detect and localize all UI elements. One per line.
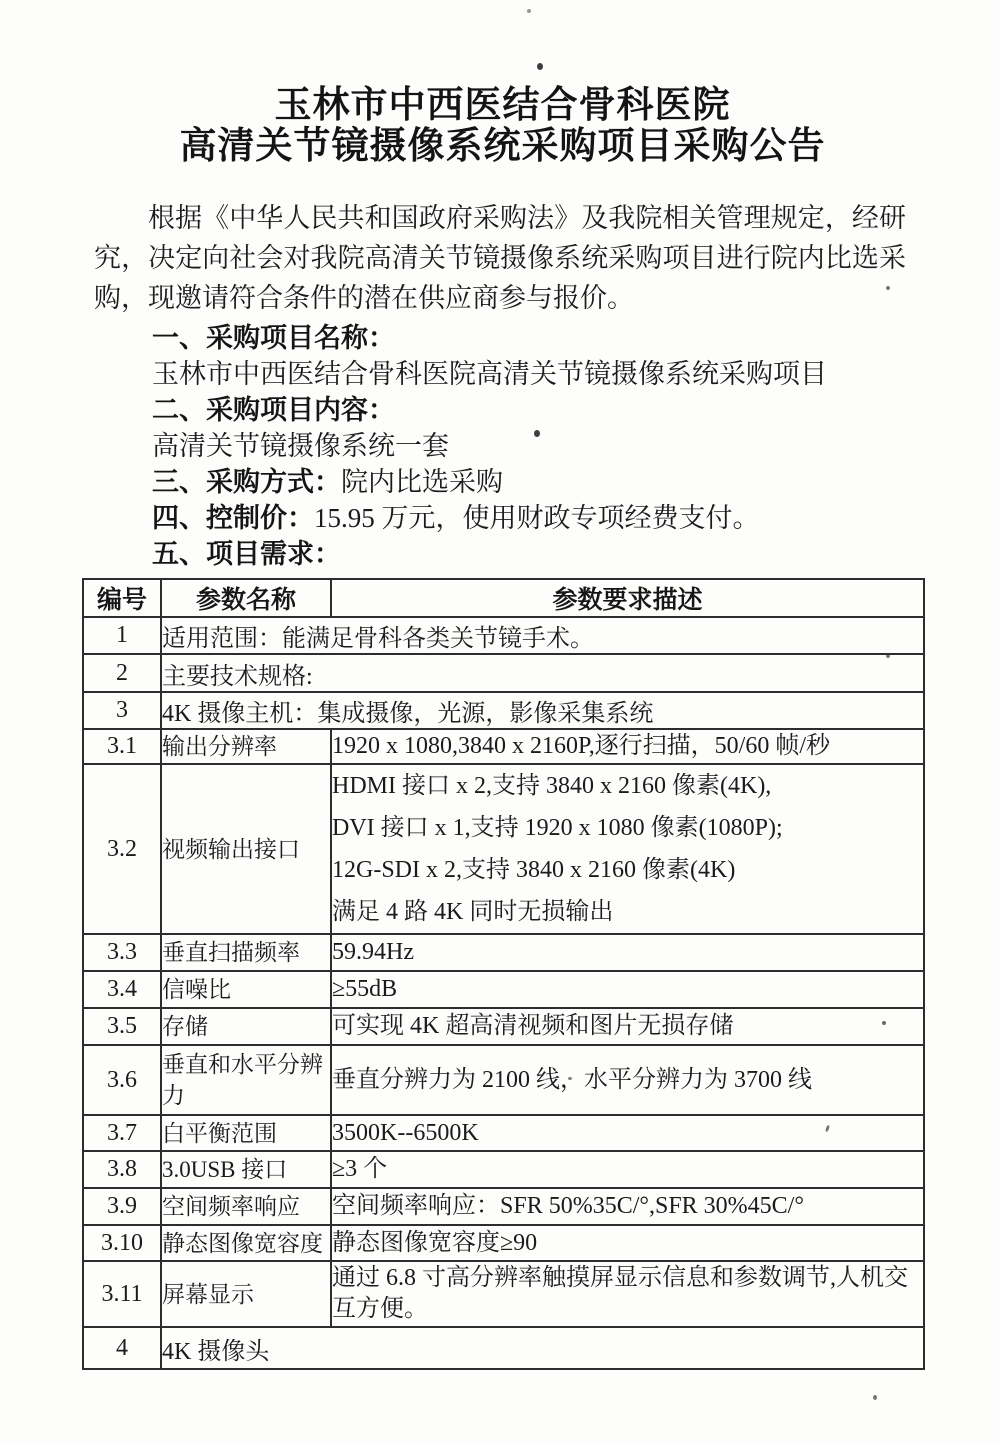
scan-artifact-dot <box>537 63 543 70</box>
row-param-desc-cell: 3500K--6500K <box>331 1115 924 1151</box>
row-number-cell: 3.7 <box>83 1115 161 1151</box>
document-page: 玉林市中西医结合骨科医院 高清关节镜摄像系统采购项目采购公告 根据《中华人民共和… <box>0 0 1000 1443</box>
table-row: 3.5 存储 可实现 4K 超高清视频和图片无损存储 <box>83 1008 924 1045</box>
row-param-name-cell: 输出分辨率 <box>161 729 331 764</box>
table-row: 3 4K 摄像主机：集成摄像，光源，影像采集系统 <box>83 692 924 729</box>
header-cell-param-desc: 参数要求描述 <box>331 579 924 617</box>
row-param-desc-cell: ≥3 个 <box>331 1151 924 1188</box>
table-row: 3.1 输出分辨率 1920 x 1080,3840 x 2160P,逐行扫描，… <box>83 729 924 764</box>
outline-item-4: 四、控制价：15.95 万元，使用财政专项经费支付。 <box>94 500 906 536</box>
outline-text: 玉林市中西医结合骨科医院高清关节镜摄像系统采购项目 <box>152 359 827 389</box>
page-title: 玉林市中西医结合骨科医院 高清关节镜摄像系统采购项目采购公告 <box>95 84 910 166</box>
desc-line: 12G-SDI x 2,支持 3840 x 2160 像素(4K) <box>332 849 923 891</box>
row-merged-cell: 4K 摄像主机：集成摄像，光源，影像采集系统 <box>161 692 924 729</box>
outline-sections: 一、采购项目名称： 玉林市中西医结合骨科医院高清关节镜摄像系统采购项目 二、采购… <box>94 320 906 572</box>
requirements-table: 编号 参数名称 参数要求描述 1 适用范围：能满足骨科各类关节镜手术。 2 主要… <box>82 578 925 1370</box>
row-number-cell: 3.4 <box>83 971 161 1008</box>
row-number-cell: 3.3 <box>83 934 161 971</box>
table-row: 3.10 静态图像宽容度 静态图像宽容度≥90 <box>83 1225 924 1261</box>
page-title-line1: 玉林市中西医结合骨科医院 <box>95 84 910 125</box>
outline-item-3: 三、采购方式：院内比选采购 <box>94 464 906 500</box>
table-row: 3.2 视频输出接口 HDMI 接口 x 2,支持 3840 x 2160 像素… <box>83 764 924 934</box>
table-header-row: 编号 参数名称 参数要求描述 <box>83 579 924 617</box>
row-param-name-cell: 垂直扫描频率 <box>161 934 331 971</box>
outline-item-2-value: 高清关节镜摄像系统一套 <box>94 428 906 464</box>
row-number-cell: 3.5 <box>83 1008 161 1045</box>
outline-heading: 五、项目需求： <box>152 539 341 569</box>
row-number-cell: 3.2 <box>83 764 161 934</box>
outline-text: 院内比选采购 <box>341 467 503 497</box>
row-merged-cell: 主要技术规格: <box>161 654 924 692</box>
outline-item-2-heading: 二、采购项目内容： <box>94 392 906 428</box>
row-merged-cell: 4K 摄像头 <box>161 1327 924 1369</box>
header-cell-number: 编号 <box>83 579 161 617</box>
outline-heading: 四、控制价： <box>152 503 314 533</box>
table-row: 4 4K 摄像头 <box>83 1327 924 1369</box>
outline-item-5: 五、项目需求： <box>94 536 906 572</box>
row-param-desc-cell: ≥55dB <box>331 971 924 1008</box>
outline-item-1-value: 玉林市中西医结合骨科医院高清关节镜摄像系统采购项目 <box>94 356 906 392</box>
outline-item-1-heading: 一、采购项目名称： <box>94 320 906 356</box>
page-title-line2: 高清关节镜摄像系统采购项目采购公告 <box>95 125 910 166</box>
row-param-name-cell: 白平衡范围 <box>161 1115 331 1151</box>
desc-line: DVI 接口 x 1,支持 1920 x 1080 像素(1080P); <box>332 807 923 849</box>
row-merged-cell: 适用范围：能满足骨科各类关节镜手术。 <box>161 617 924 654</box>
table-row: 3.6 垂直和水平分辨力 垂直分辨力为 2100 线，水平分辨力为 3700 线 <box>83 1045 924 1115</box>
row-number-cell: 3.11 <box>83 1261 161 1327</box>
outline-heading: 一、采购项目名称： <box>152 323 395 353</box>
outline-heading: 三、采购方式： <box>152 467 341 497</box>
table-row: 3.8 3.0USB 接口 ≥3 个 <box>83 1151 924 1188</box>
row-param-desc-cell: HDMI 接口 x 2,支持 3840 x 2160 像素(4K), DVI 接… <box>331 764 924 934</box>
table-row: 3.11 屏幕显示 通过 6.8 寸高分辨率触摸屏显示信息和参数调节,人机交互方… <box>83 1261 924 1327</box>
row-param-name-cell: 存储 <box>161 1008 331 1045</box>
row-number-cell: 3.9 <box>83 1188 161 1225</box>
intro-paragraph: 根据《中华人民共和国政府采购法》及我院相关管理规定，经研究，决定向社会对我院高清… <box>94 198 906 318</box>
table-row: 3.7 白平衡范围 3500K--6500K <box>83 1115 924 1151</box>
row-number-cell: 3.10 <box>83 1225 161 1261</box>
outline-text: 高清关节镜摄像系统一套 <box>152 431 449 461</box>
row-param-name-cell: 静态图像宽容度 <box>161 1225 331 1261</box>
row-param-name-cell: 屏幕显示 <box>161 1261 331 1327</box>
row-number-cell: 3.6 <box>83 1045 161 1115</box>
table-row: 3.9 空间频率响应 空间频率响应：SFR 50%35C/°,SFR 30%45… <box>83 1188 924 1225</box>
row-param-name-cell: 3.0USB 接口 <box>161 1151 331 1188</box>
table-row: 2 主要技术规格: <box>83 654 924 692</box>
row-param-desc-cell: 通过 6.8 寸高分辨率触摸屏显示信息和参数调节,人机交互方便。 <box>331 1261 924 1327</box>
row-param-desc-cell: 静态图像宽容度≥90 <box>331 1225 924 1261</box>
row-param-name-cell: 空间频率响应 <box>161 1188 331 1225</box>
row-number-cell: 3.8 <box>83 1151 161 1188</box>
row-param-name-cell: 垂直和水平分辨力 <box>161 1045 331 1115</box>
scan-artifact-dot <box>527 9 531 13</box>
row-param-desc-cell: 可实现 4K 超高清视频和图片无损存储 <box>331 1008 924 1045</box>
row-param-desc-cell: 垂直分辨力为 2100 线，水平分辨力为 3700 线 <box>331 1045 924 1115</box>
row-param-desc-cell: 59.94Hz <box>331 934 924 971</box>
row-number-cell: 2 <box>83 654 161 692</box>
outline-heading: 二、采购项目内容： <box>152 395 395 425</box>
row-param-name-cell: 视频输出接口 <box>161 764 331 934</box>
table-row: 3.4 信噪比 ≥55dB <box>83 971 924 1008</box>
desc-line: HDMI 接口 x 2,支持 3840 x 2160 像素(4K), <box>332 765 923 807</box>
desc-line: 满足 4 路 4K 同时无损输出 <box>332 891 923 933</box>
table-row: 1 适用范围：能满足骨科各类关节镜手术。 <box>83 617 924 654</box>
row-number-cell: 1 <box>83 617 161 654</box>
row-number-cell: 3 <box>83 692 161 729</box>
row-param-desc-cell: 空间频率响应：SFR 50%35C/°,SFR 30%45C/° <box>331 1188 924 1225</box>
row-param-desc-cell: 1920 x 1080,3840 x 2160P,逐行扫描，50/60 帧/秒 <box>331 729 924 764</box>
header-cell-param-name: 参数名称 <box>161 579 331 617</box>
row-param-name-cell: 信噪比 <box>161 971 331 1008</box>
table-row: 3.3 垂直扫描频率 59.94Hz <box>83 934 924 971</box>
row-number-cell: 4 <box>83 1327 161 1369</box>
scan-artifact-dot <box>873 1395 877 1400</box>
row-number-cell: 3.1 <box>83 729 161 764</box>
outline-text: 15.95 万元，使用财政专项经费支付。 <box>314 503 760 533</box>
